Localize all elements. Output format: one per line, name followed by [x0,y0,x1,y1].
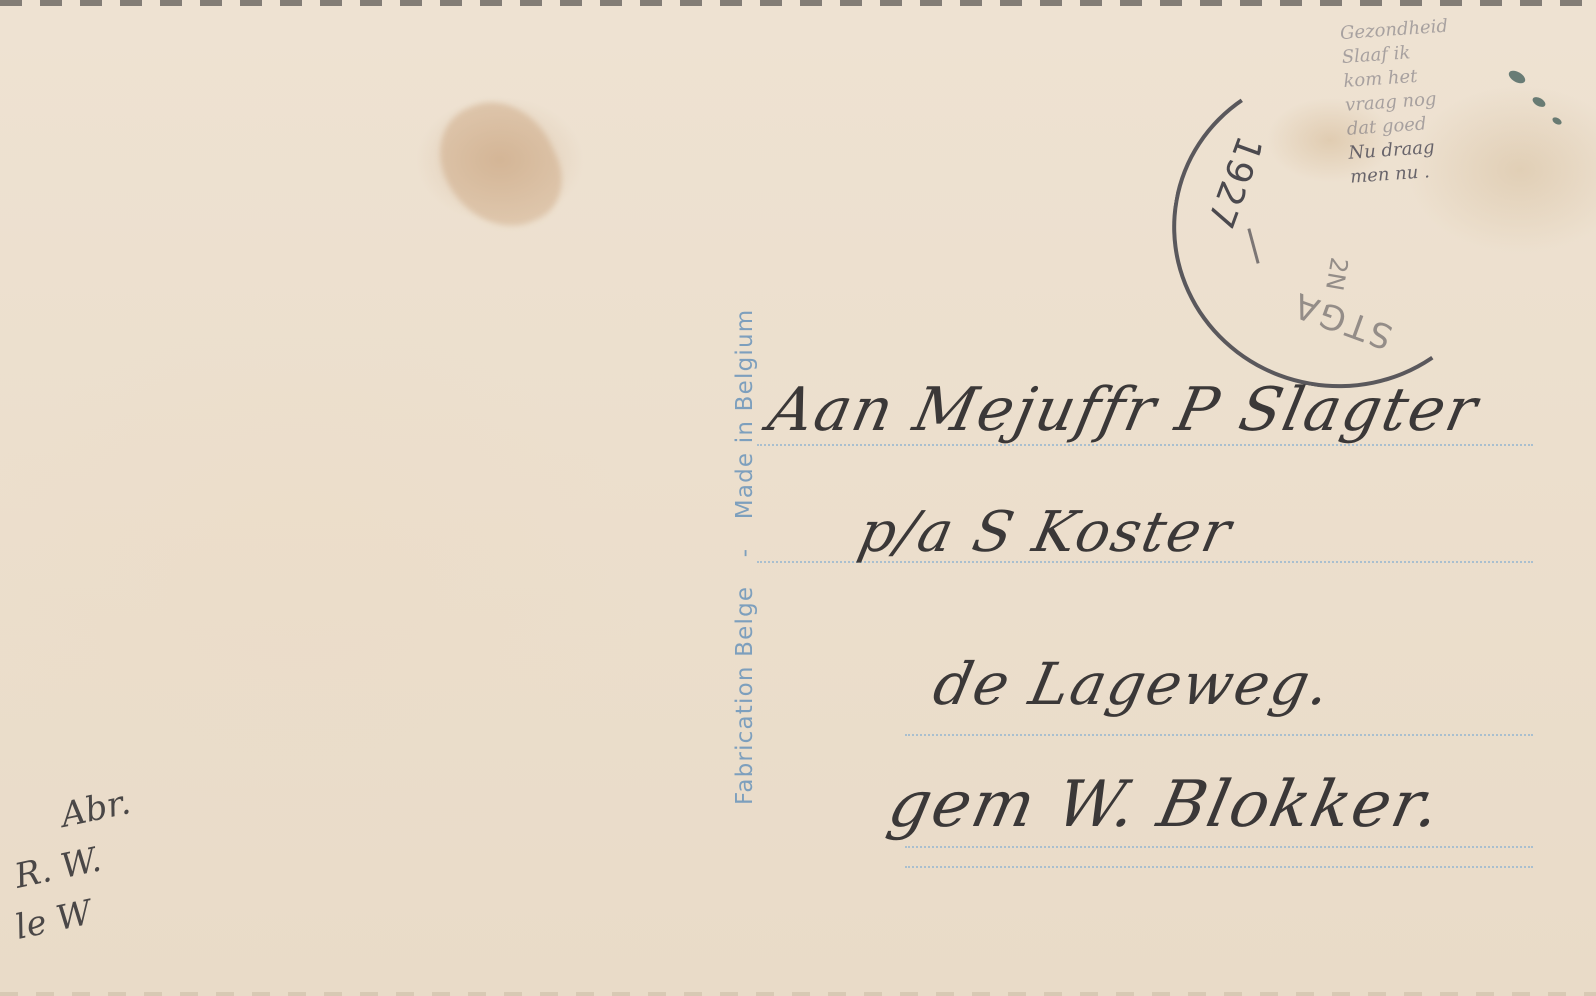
printed-manufacturer-text: Fabrication Belge - Made in Belgium [732,289,758,805]
scalloped-edge-top [0,0,1596,6]
address-care-of: p/a S Koster [853,500,1238,565]
paper-stain [423,83,578,247]
pencil-note: Gezondheid Slaaf ik kom het vraag nog da… [1339,10,1520,189]
address-recipient: Aan Mejuffr P Slagter [763,375,1485,445]
address-line-guide-3 [905,734,1533,736]
origin-label: Made in Belgium [732,309,758,520]
scalloped-edge-bottom [0,992,1596,996]
postmark-mid-mark: 2N [1320,255,1353,293]
address-line-guide-5 [905,866,1533,868]
address-street: de Lageweg. [928,650,1338,718]
address-municipality: gem W. Blokker. [882,768,1448,842]
address-line-guide-4 [905,846,1533,848]
postcard-back: Fabrication Belge - Made in Belgium 1927… [0,0,1596,996]
ink-smudge [1531,95,1547,109]
corner-note: Abr. R. W. le W [0,777,156,952]
fabrication-label: Fabrication Belge [732,586,758,805]
separator: - [732,548,758,558]
ink-smudge [1551,116,1563,126]
